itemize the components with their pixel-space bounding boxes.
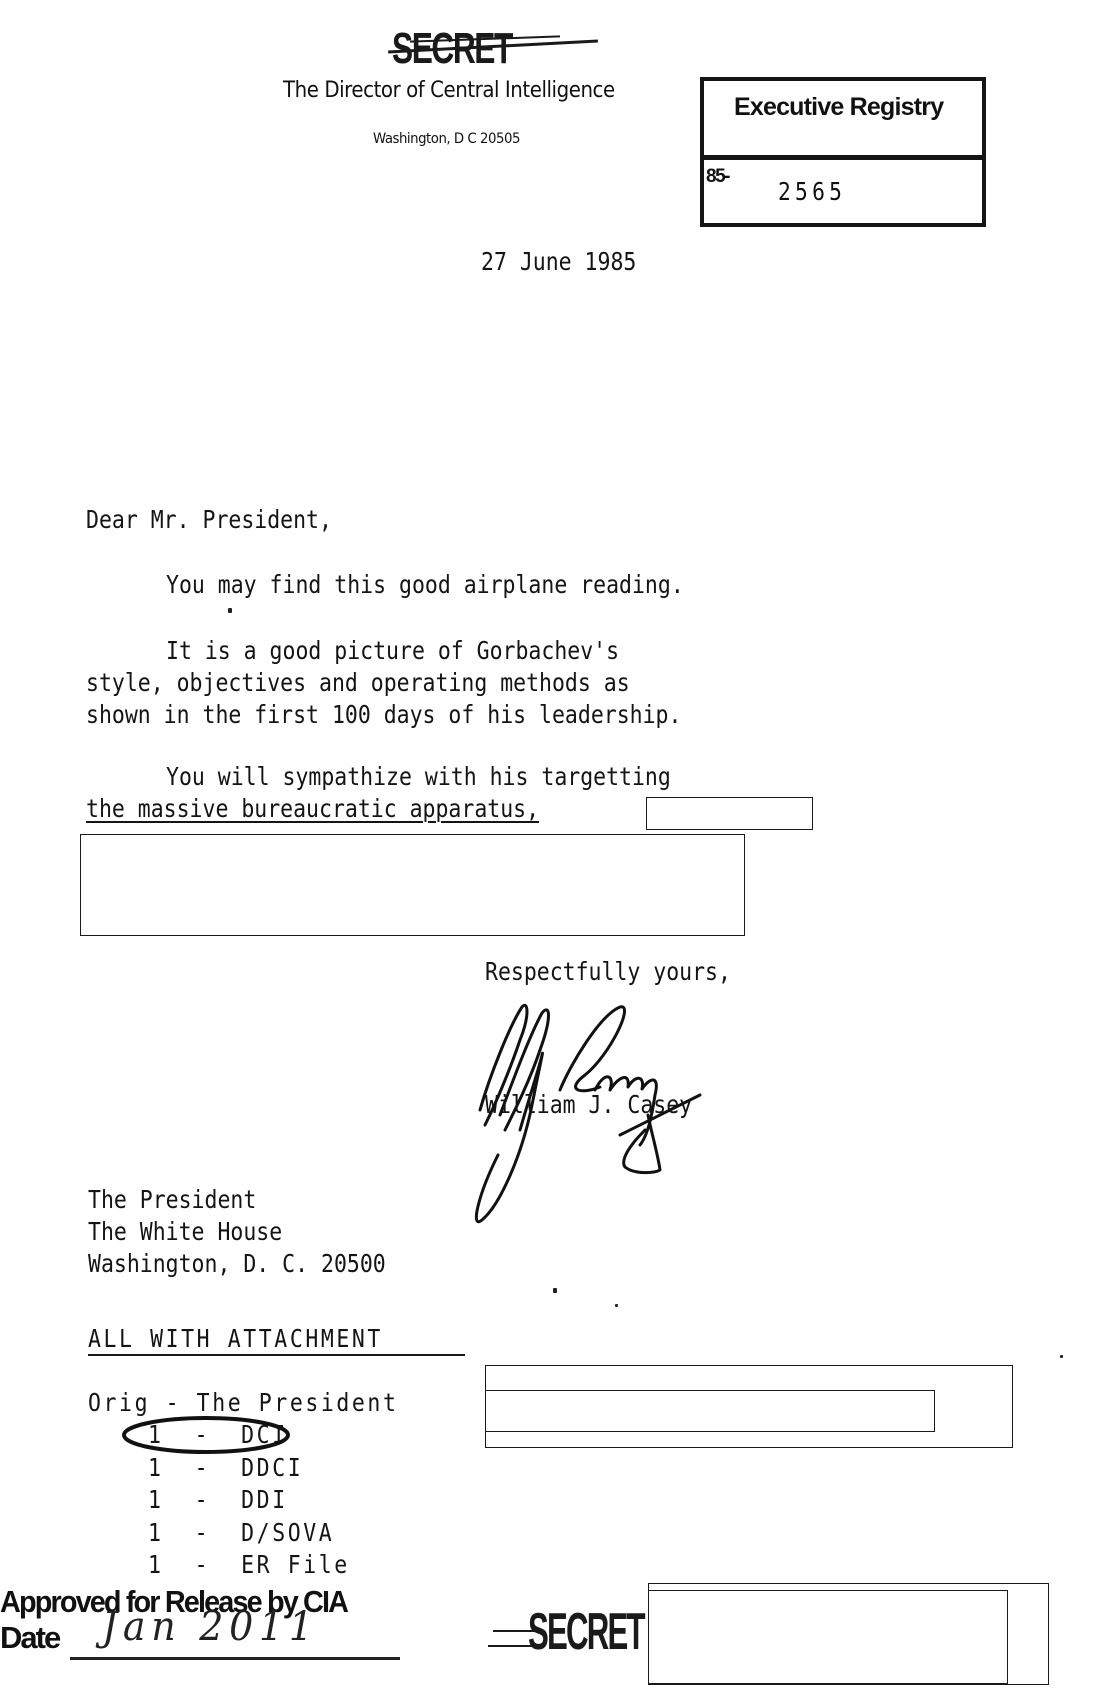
distribution-heading-underline <box>88 1354 465 1356</box>
paragraph-2-line-2: style, objectives and operating methods … <box>86 668 630 697</box>
copy-recipient: DDI <box>241 1485 288 1514</box>
redaction-box-paragraph <box>80 834 745 936</box>
paragraph-3-line-1: You will sympathize with his targetting <box>166 762 671 791</box>
registry-divider <box>704 155 982 160</box>
copy-count: 1 <box>148 1518 164 1547</box>
salutation: Dear Mr. President, <box>86 505 332 534</box>
classification-stamp-bottom: SECRET <box>528 1602 644 1662</box>
distribution-copy-row: 1 - DDI <box>148 1485 288 1514</box>
redaction-box-inline <box>646 797 813 830</box>
paragraph-3-line-2: the massive bureaucratic apparatus, <box>86 794 539 823</box>
release-date-underline <box>70 1657 400 1660</box>
copy-separator: - <box>164 1485 242 1514</box>
copy-count: 1 <box>148 1550 164 1579</box>
letterhead-title: The Director of Central Intelligence <box>283 78 615 103</box>
letterhead-address: Washington, D C 20505 <box>373 131 520 147</box>
scan-speck <box>1060 1355 1063 1358</box>
redaction-box-distribution-inner <box>485 1390 935 1432</box>
copy-count: 1 <box>148 1485 164 1514</box>
recipient-line-3: Washington, D. C. 20500 <box>88 1249 386 1278</box>
registry-title: Executive Registry <box>734 93 943 122</box>
distribution-heading: ALL WITH ATTACHMENT <box>88 1324 383 1353</box>
letter-date: 27 June 1985 <box>481 247 636 276</box>
registry-number: 2565 <box>778 177 846 206</box>
scan-speck <box>553 1288 557 1293</box>
paragraph-2-line-1: It is a good picture of Gorbachev's <box>166 636 619 665</box>
recipient-line-1: The President <box>88 1185 256 1214</box>
closing: Respectfully yours, <box>485 957 731 986</box>
scan-speck <box>228 608 232 613</box>
release-date-handwritten: Jan 2011 <box>102 1604 319 1650</box>
redaction-box-footer-inner <box>648 1590 1008 1684</box>
paragraph-2-line-3: shown in the first 100 days of his leade… <box>86 700 681 729</box>
copy-recipient: D/SOVA <box>241 1518 334 1547</box>
paragraph-1: You may find this good airplane reading. <box>166 570 684 599</box>
signatory-name: William J. Casey <box>485 1090 692 1119</box>
scan-speck <box>615 1304 618 1307</box>
copy-separator: - <box>164 1550 242 1579</box>
registry-prefix: 85- <box>706 166 729 188</box>
distribution-copy-row: 1 - D/SOVA <box>148 1518 334 1547</box>
executive-registry-stamp: Executive Registry 85- 2565 <box>700 77 986 227</box>
distribution-copy-row: 1 - ER File <box>148 1550 350 1579</box>
release-date-label: Date <box>0 1620 59 1656</box>
recipient-line-2: The White House <box>88 1217 282 1246</box>
copy-separator: - <box>164 1518 242 1547</box>
hand-circle-mark <box>118 1412 298 1458</box>
copy-recipient: ER File <box>241 1550 350 1579</box>
